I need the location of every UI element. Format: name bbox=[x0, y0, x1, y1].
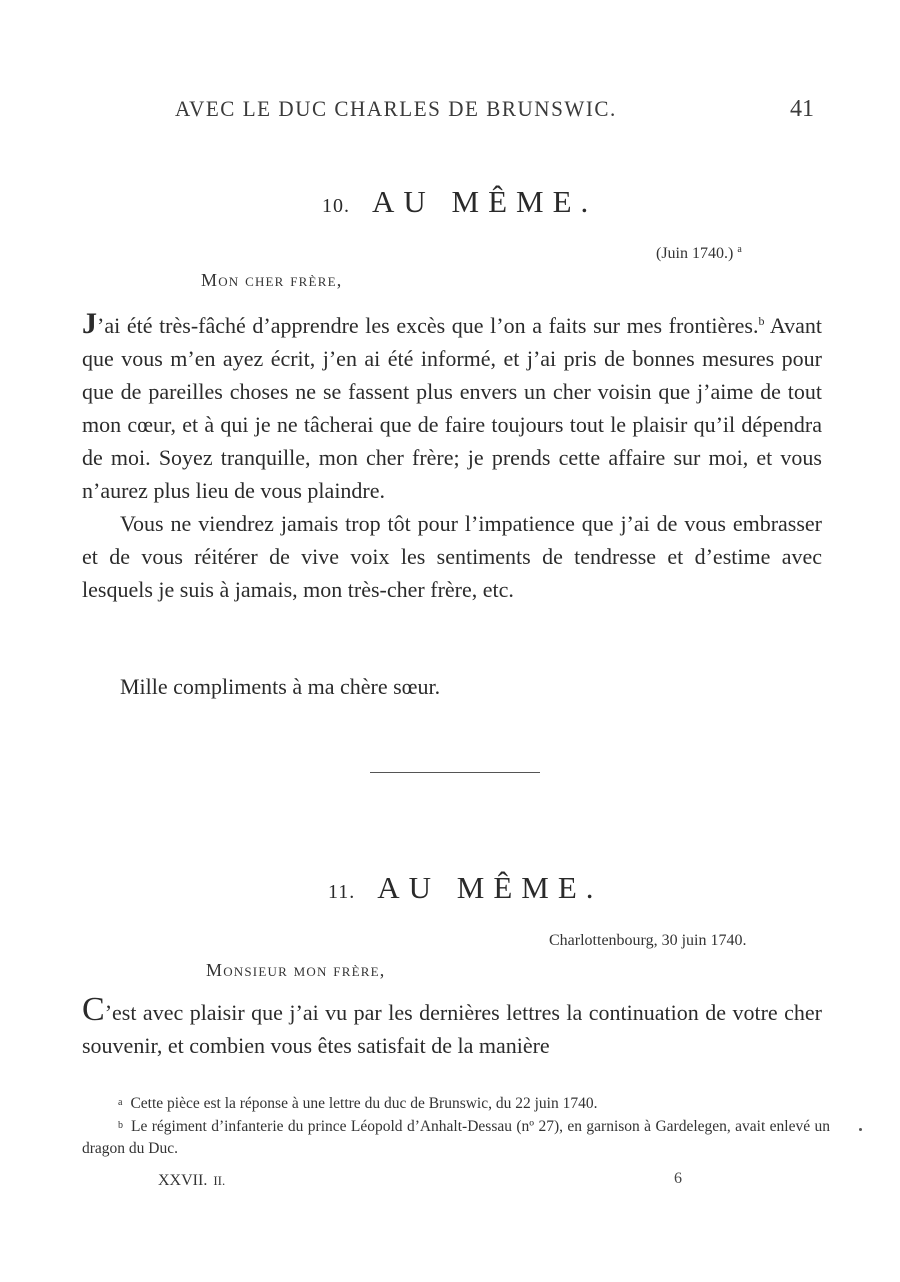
letter-body-11: C’est avec plaisir que j’ai vu par les d… bbox=[82, 996, 822, 1062]
footnotes: aCette pièce est la réponse à une lettre… bbox=[82, 1092, 830, 1160]
letter-heading-11: 11.AU MÊME. bbox=[328, 870, 603, 906]
paragraph-2: Vous ne viendrez jamais trop tôt pour l’… bbox=[82, 507, 822, 606]
footnote-text: Cette pièce est la réponse à une lettre … bbox=[130, 1095, 597, 1112]
signature-part: II. bbox=[213, 1173, 225, 1188]
print-speck bbox=[859, 1128, 862, 1131]
postscript: Mille compliments à ma chère sœur. bbox=[120, 674, 440, 700]
letter-heading-10: 10.AU MÊME. bbox=[322, 184, 597, 220]
letter-date: (Juin 1740.)a bbox=[656, 244, 742, 263]
footnote-ref-a[interactable]: a bbox=[737, 244, 741, 255]
footnote-b: bLe régiment d’infanterie du prince Léop… bbox=[82, 1115, 830, 1160]
paragraph-1: C’est avec plaisir que j’ai vu par les d… bbox=[82, 996, 822, 1062]
letter-body-10: J’ai été très-fâché d’apprendre les excè… bbox=[82, 305, 822, 606]
drop-cap: C bbox=[82, 991, 105, 1028]
paragraph-text: ’ai été très-fâché d’apprendre les excès… bbox=[97, 313, 758, 338]
signature-volume: XXVII. bbox=[158, 1172, 207, 1189]
date-text: (Juin 1740.) bbox=[656, 245, 733, 262]
footnote-a: aCette pièce est la réponse à une lettre… bbox=[82, 1092, 830, 1115]
letter-title: AU MÊME. bbox=[377, 870, 602, 905]
section-divider bbox=[370, 772, 540, 773]
letter-number: 10. bbox=[322, 195, 350, 217]
footnote-mark: a bbox=[118, 1097, 122, 1108]
letter-date: Charlottenbourg, 30 juin 1740. bbox=[549, 932, 746, 950]
paragraph-text: ’est avec plaisir que j’ai vu par les de… bbox=[82, 1000, 822, 1058]
paragraph-text-cont: Avant que vous m’en ayez écrit, j’en ai … bbox=[82, 313, 822, 503]
drop-cap: J bbox=[82, 307, 97, 340]
salutation: Monsieur mon frère, bbox=[206, 960, 385, 981]
paragraph-1: J’ai été très-fâché d’apprendre les excè… bbox=[82, 305, 822, 507]
page-number: 41 bbox=[790, 96, 814, 123]
footnote-mark: b bbox=[118, 1120, 123, 1131]
salutation: Mon cher frère, bbox=[201, 270, 342, 291]
letter-title: AU MÊME. bbox=[372, 184, 597, 219]
running-title: AVEC LE DUC CHARLES DE BRUNSWIC. bbox=[175, 96, 617, 122]
sheet-number: 6 bbox=[674, 1170, 682, 1188]
letter-number: 11. bbox=[328, 881, 355, 903]
footnote-text: Le régiment d’infanterie du prince Léopo… bbox=[82, 1118, 830, 1157]
printer-signature: XXVII.II. bbox=[158, 1172, 225, 1190]
